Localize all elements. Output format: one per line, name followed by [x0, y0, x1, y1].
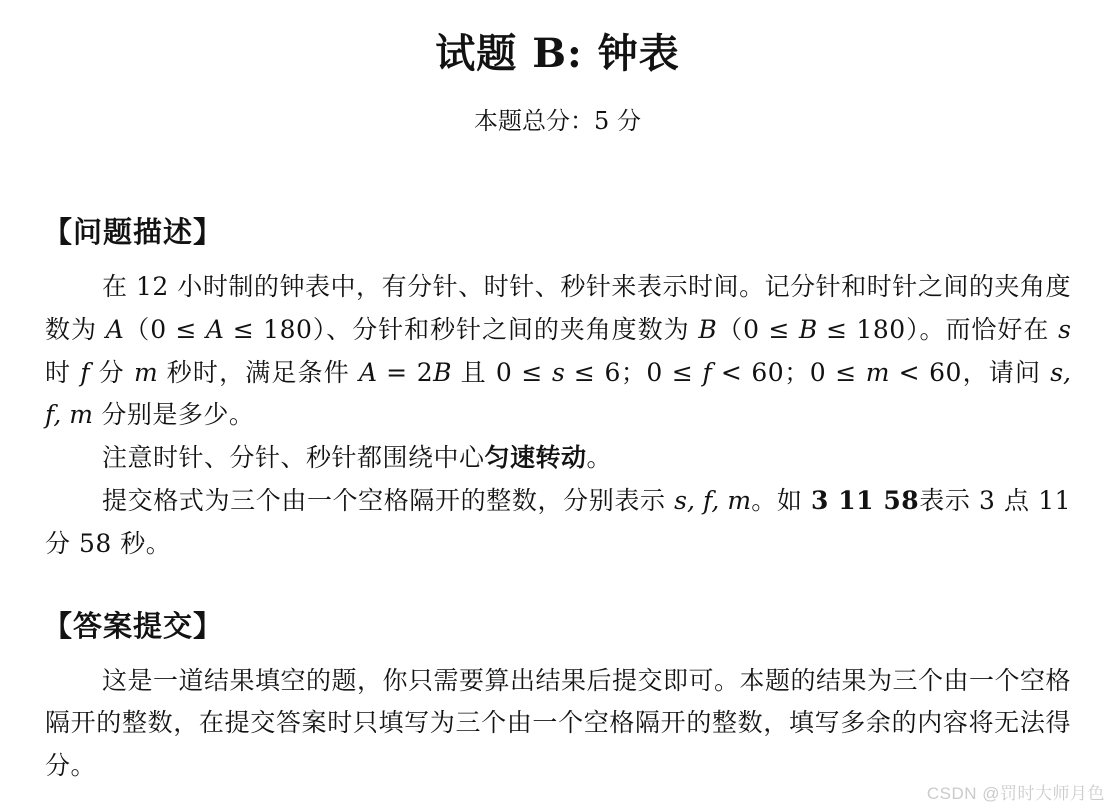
document-page: 试题 B: 钟表 本题总分：5 分 【问题描述】 在 12 小时制的钟表中，有分… — [0, 0, 1115, 810]
answer-submission-paragraph: 这是一道结果填空的题，你只需要算出结果后提交即可。本题的结果为三个由一个空格隔开… — [45, 660, 1071, 788]
page-title: 试题 B: 钟表 — [0, 0, 1115, 79]
total-score-subtitle: 本题总分：5 分 — [0, 101, 1115, 136]
section-heading-problem-description: 【问题描述】 — [43, 210, 1115, 251]
problem-paragraph-format: 提交格式为三个由一个空格隔开的整数，分别表示 s, f, m。如 3 11 58… — [45, 480, 1071, 566]
section-heading-answer-submission: 【答案提交】 — [43, 604, 1115, 645]
problem-paragraph-main: 在 12 小时制的钟表中，有分针、时针、秒针来表示时间。记分针和时针之间的夹角度… — [45, 266, 1071, 437]
problem-paragraph-note: 注意时针、分针、秒针都围绕中心匀速转动。 — [45, 437, 1071, 480]
csdn-watermark: CSDN @罚时大师月色 — [927, 779, 1105, 804]
